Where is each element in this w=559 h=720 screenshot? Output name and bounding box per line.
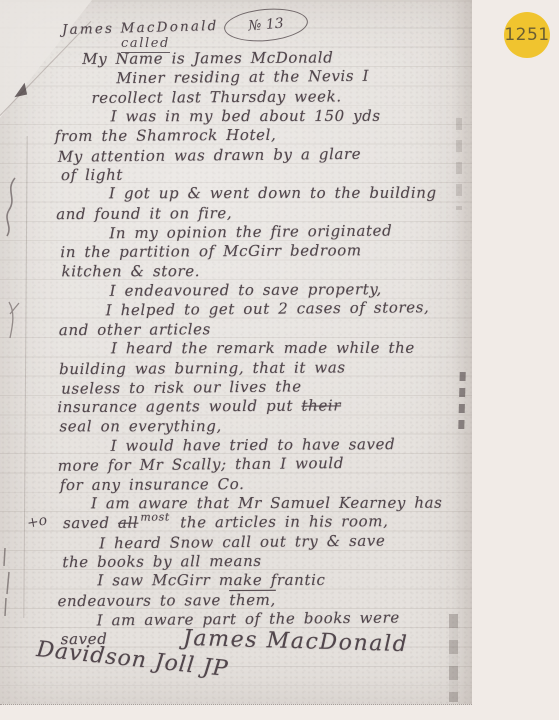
manuscript-line: I saw McGirr make frantic — [1, 571, 473, 591]
manuscript-line: My attention was drawn by a glare — [0, 143, 471, 167]
manuscript-line: I am aware that Mr Samuel Kearney has — [1, 493, 473, 513]
manuscript-text: the articles in his room, — [172, 512, 389, 531]
manuscript-line: of light — [0, 164, 471, 186]
manuscript-line: insurance agents would put their — [0, 396, 472, 418]
exhibit-number: № 13 — [248, 15, 285, 34]
manuscript-text: recollect last Thursday week. — [91, 87, 341, 107]
manuscript-text: more for Mr Scally; than I would — [58, 454, 344, 475]
manuscript-text: I was in my bed about 150 yds — [111, 107, 381, 125]
manuscript-text: Miner residing at the Nevis I — [116, 67, 369, 87]
manuscript-text: saved — [63, 514, 118, 532]
manuscript-text: I endeavoured to save property, — [110, 280, 382, 300]
manuscript-word-strike: their — [301, 397, 341, 415]
manuscript-line: in the partition of McGirr bedroom — [0, 241, 471, 263]
manuscript-line: seal on everything, — [0, 416, 472, 436]
manuscript-word-over: them, — [229, 590, 276, 608]
manuscript-text: I am aware that Mr Samuel Kearney has — [91, 494, 443, 513]
manuscript-lines: My Name is James McDonaldMiner residing … — [0, 48, 474, 651]
manuscript-text: and found it on fire, — [56, 204, 232, 223]
manuscript-line: I got up & went down to the building — [0, 184, 471, 204]
manuscript-text: seal on everything, — [59, 417, 221, 435]
manuscript-text: I helped to get out 2 cases of stores, — [106, 299, 430, 320]
manuscript-line: I heard Snow call out try & save — [1, 530, 473, 554]
manuscript-word-strike: all — [118, 514, 138, 532]
manuscript-text: I would have tried to have saved — [111, 435, 396, 455]
manuscript-line: for any insurance Co. — [1, 473, 473, 495]
manuscript-text: from the Shamrock Hotel, — [55, 126, 277, 145]
manuscript-text: In my opinion the fire originated — [109, 222, 392, 243]
manuscript-text: and other articles — [59, 320, 211, 339]
archive-number-sticker: 1251 — [504, 12, 550, 58]
manuscript-text: I am aware part of the books were — [97, 608, 400, 629]
manuscript-line: I heard the remark made while the — [0, 339, 472, 359]
manuscript-text: I got up & went down to the building — [109, 184, 437, 203]
manuscript-text: I heard Snow call out try & save — [99, 531, 385, 552]
manuscript-line: recollect last Thursday week. — [0, 86, 471, 108]
manuscript-text: kitchen & store. — [62, 262, 201, 280]
manuscript-text: for any insurance Co. — [60, 475, 245, 494]
manuscript-text: My attention was drawn by a glare — [58, 145, 362, 166]
manuscript-text: building was burning, that it was — [59, 358, 346, 378]
manuscript-text: in the partition of McGirr bedroom — [60, 242, 361, 262]
archive-number: 1251 — [504, 25, 549, 45]
manuscript-text: insurance agents would put — [57, 397, 301, 416]
manuscript-text: the books by all means — [62, 552, 261, 571]
manuscript-line: and other articles — [0, 318, 472, 340]
manuscript-text: My Name is James McDonald — [82, 48, 333, 68]
manuscript-text: of light — [61, 166, 123, 184]
manuscript-text: endeavours to save — [57, 591, 229, 610]
manuscript-text: useless to risk our lives the — [61, 377, 302, 397]
manuscript-line: I was in my bed about 150 yds — [0, 107, 471, 127]
manuscript-line: kitchen & store. — [0, 261, 472, 281]
manuscript-word-sup: most — [140, 511, 170, 524]
manuscript-text: I heard the remark made while the — [111, 339, 415, 358]
manuscript-text: I saw McGirr make frantic — [97, 571, 325, 589]
